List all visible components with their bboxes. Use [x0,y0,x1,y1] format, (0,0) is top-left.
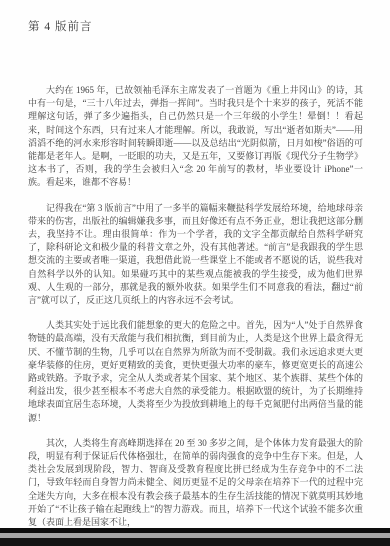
edge-dark-bar [0,538,390,546]
paragraph-1: 大约在 1965 年，已故领袖毛泽东主席发表了一首题为《重上井冈山》的诗，其中有… [28,84,363,190]
page-title: 第 4 版前言 [28,18,93,34]
page-bottom-edge [0,528,390,546]
document-page: 第 4 版前言 大约在 1965 年，已故领袖毛泽东主席发表了一首题为《重上井冈… [0,0,390,546]
paragraph-4: 其次，人类将生育高峰期选择在 20 至 30 多岁之间，是个体体力发育最强大的阶… [28,437,363,529]
paragraph-2: 记得我在“第 3 版前言”中用了一多半的篇幅来鞭挞科学发展给环境，给地球母亲带来… [28,202,363,308]
page-body: 大约在 1965 年，已故领袖毛泽东主席发表了一首题为《重上井冈山》的诗，其中有… [28,84,363,541]
paragraph-3: 人类其实处于远比我们能想象的更大的危险之中。首先，因为“人”处于自然界食物链的最… [28,319,363,425]
